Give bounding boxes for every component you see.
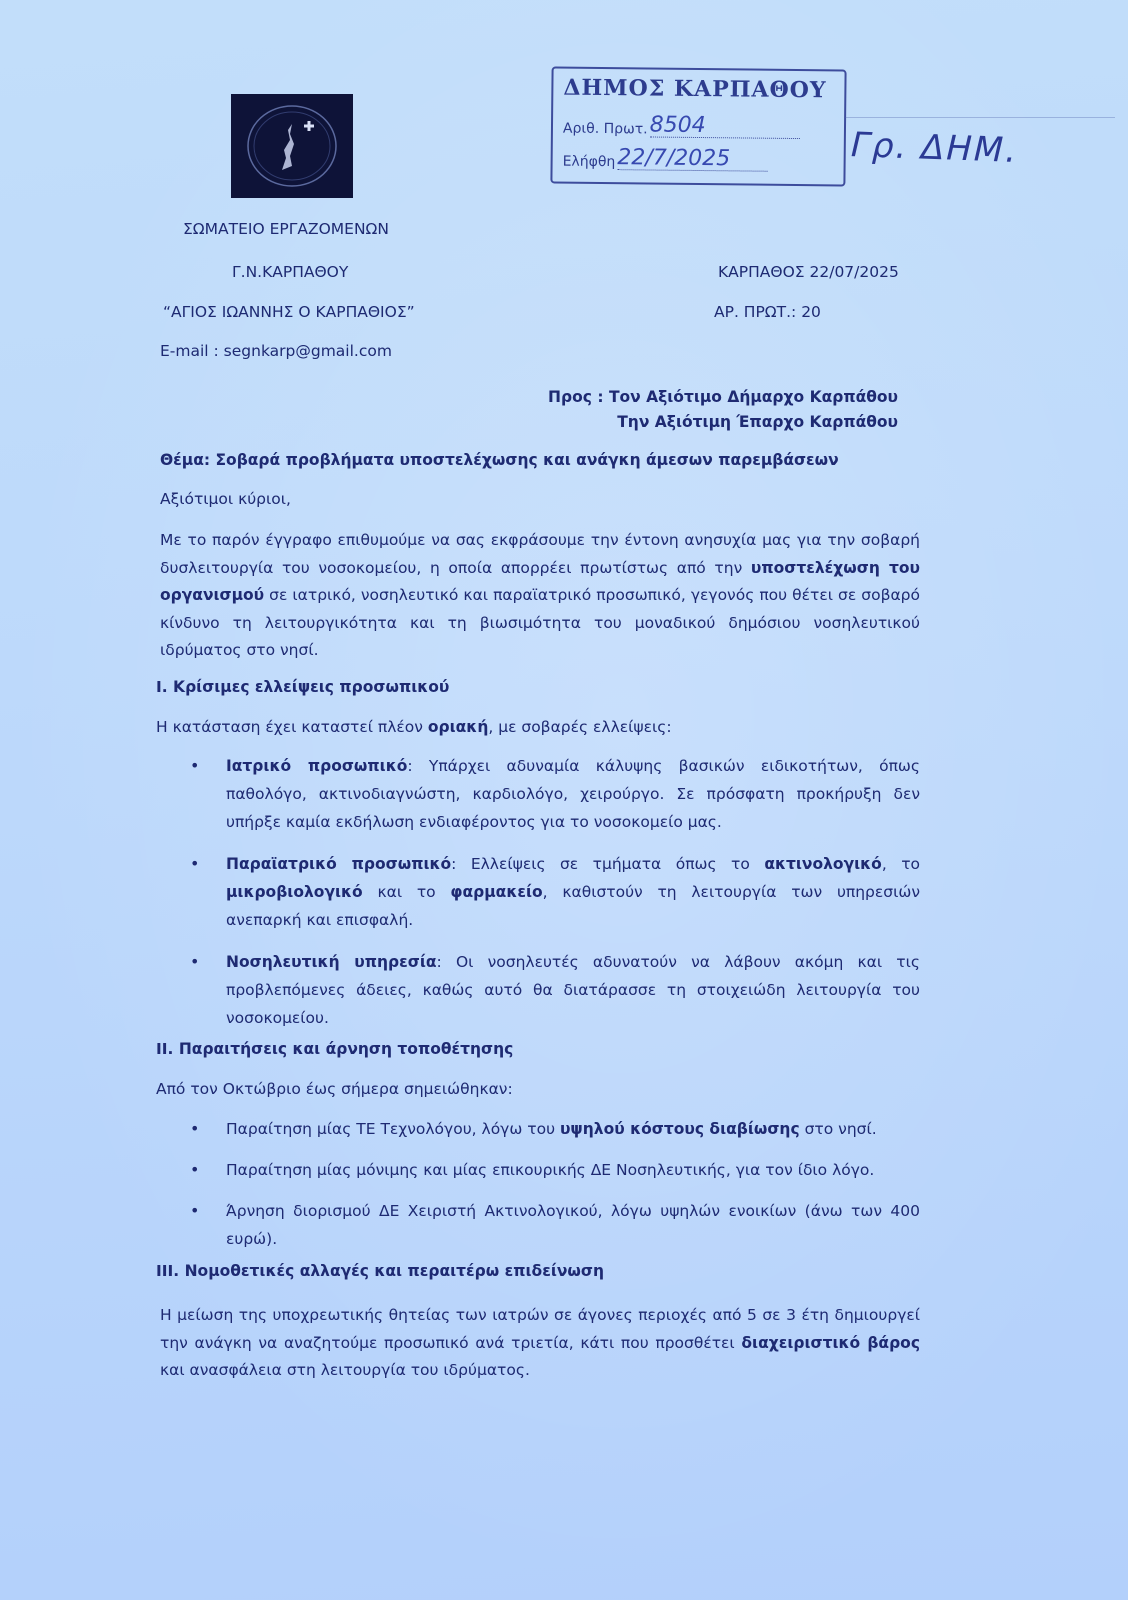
item-text: και το (363, 883, 451, 901)
legislation-paragraph: Η μείωση της υποχρεωτικής θητείας των ια… (160, 1302, 920, 1385)
faint-rule (845, 117, 1115, 118)
bold-run: υψηλού κόστους διαβίωσης (560, 1120, 800, 1138)
bold-run: διαχειριστικό βάρος (741, 1334, 920, 1352)
list-item: Νοσηλευτική υπηρεσία: Οι νοσηλευτές αδυν… (190, 948, 920, 1032)
bold-run: ακτινολογικό (764, 855, 882, 873)
stamp-date-label: Ελήφθη (563, 154, 616, 171)
list-item: Άρνηση διορισμού ΔΕ Χειριστή Ακτινολογικ… (190, 1197, 920, 1253)
union-seal-icon (240, 100, 344, 192)
bold-run: οριακή (428, 718, 488, 736)
stamp-number-value: 8504 (650, 114, 800, 139)
sender-line: Γ.Ν.ΚΑΡΠΑΘΟΥ (232, 263, 348, 281)
text-run: σε ιατρικό, νοσηλευτικό και παραϊατρικό … (160, 586, 920, 659)
item-label: Νοσηλευτική υπηρεσία (226, 953, 437, 971)
handwritten-note: Γρ. ΔΗΜ. (850, 125, 1018, 171)
item-text: στο νησί. (800, 1120, 877, 1138)
intro-paragraph: Με το παρόν έγγραφο επιθυμούμε να σας εκ… (160, 527, 920, 665)
section-heading: II. Παραιτήσεις και άρνηση τοποθέτησης (156, 1040, 513, 1058)
text-run: και ανασφάλεια στη λειτουργία του ιδρύμα… (160, 1361, 530, 1379)
recipient-block: Προς : Τον Αξιότιμο Δήμαρχο Καρπάθου Την… (548, 385, 898, 435)
recipient-line: Προς : Τον Αξιότιμο Δήμαρχο Καρπάθου (548, 385, 898, 410)
text-run: , με σοβαρές ελλείψεις: (488, 718, 671, 736)
registration-stamp: ΔΗΜΟΣ ΚΑΡΠΑΘΟΥ Αριθ. Πρωτ. 8504 Ελήφθη 2… (550, 66, 846, 186)
item-text: , το (882, 855, 920, 873)
section-heading: III. Νομοθετικές αλλαγές και περαιτέρω ε… (156, 1262, 604, 1280)
recipient-line: Την Αξιότιμη Έπαρχο Καρπάθου (548, 410, 898, 435)
bold-run: φαρμακείο (450, 883, 542, 901)
resignations-list: Παραίτηση μίας ΤΕ Τεχνολόγου, λόγω του υ… (190, 1115, 920, 1266)
section-lead: Η κατάσταση έχει καταστεί πλέον οριακή, … (156, 718, 672, 736)
item-text: Παραίτηση μίας μόνιμης και μίας επικουρι… (226, 1161, 874, 1179)
stamp-number-row: Αριθ. Πρωτ. 8504 (563, 114, 800, 139)
shortage-list: Ιατρικό προσωπικό: Υπάρχει αδυναμία κάλυ… (190, 752, 920, 1046)
item-label: Παραϊατρικό προσωπικό (226, 855, 451, 873)
list-item: Παραϊατρικό προσωπικό: Ελλείψεις σε τμήμ… (190, 850, 920, 934)
protocol-number: ΑΡ. ΠΡΩΤ.: 20 (714, 303, 821, 321)
sender-line: “ΑΓΙΟΣ ΙΩΑΝΝΗΣ Ο ΚΑΡΠΑΘΙΟΣ” (163, 303, 415, 321)
stamp-date-value: 22/7/2025 (617, 147, 767, 172)
item-text: : Ελλείψεις σε τμήματα όπως το (451, 855, 764, 873)
item-label: Ιατρικό προσωπικό (226, 757, 407, 775)
bold-run: μικροβιολογικό (226, 883, 363, 901)
sender-email: E-mail : segnkarp@gmail.com (160, 342, 392, 360)
list-item: Ιατρικό προσωπικό: Υπάρχει αδυναμία κάλυ… (190, 752, 920, 836)
list-item: Παραίτηση μίας μόνιμης και μίας επικουρι… (190, 1156, 920, 1184)
item-text: Παραίτηση μίας ΤΕ Τεχνολόγου, λόγω του (226, 1120, 560, 1138)
item-text: Άρνηση διορισμού ΔΕ Χειριστή Ακτινολογικ… (226, 1202, 920, 1248)
section-heading: I. Κρίσιμες ελλείψεις προσωπικού (156, 678, 449, 696)
salutation: Αξιότιμοι κύριοι, (160, 490, 291, 508)
text-run: Η κατάσταση έχει καταστεί πλέον (156, 718, 428, 736)
union-logo (231, 94, 353, 198)
stamp-date-row: Ελήφθη 22/7/2025 (563, 147, 768, 172)
stamp-number-label: Αριθ. Πρωτ. (563, 121, 648, 138)
document-date: ΚΑΡΠΑΘΟΣ 22/07/2025 (718, 263, 899, 281)
section-lead: Από τον Οκτώβριο έως σήμερα σημειώθηκαν: (156, 1080, 513, 1098)
stamp-title: ΔΗΜΟΣ ΚΑΡΠΑΘΟΥ (563, 75, 826, 104)
subject-line: Θέμα: Σοβαρά προβλήματα υποστελέχωσης κα… (160, 451, 839, 469)
sender-line: ΣΩΜΑΤΕΙΟ ΕΡΓΑΖΟΜΕΝΩΝ (183, 220, 389, 238)
list-item: Παραίτηση μίας ΤΕ Τεχνολόγου, λόγω του υ… (190, 1115, 920, 1143)
